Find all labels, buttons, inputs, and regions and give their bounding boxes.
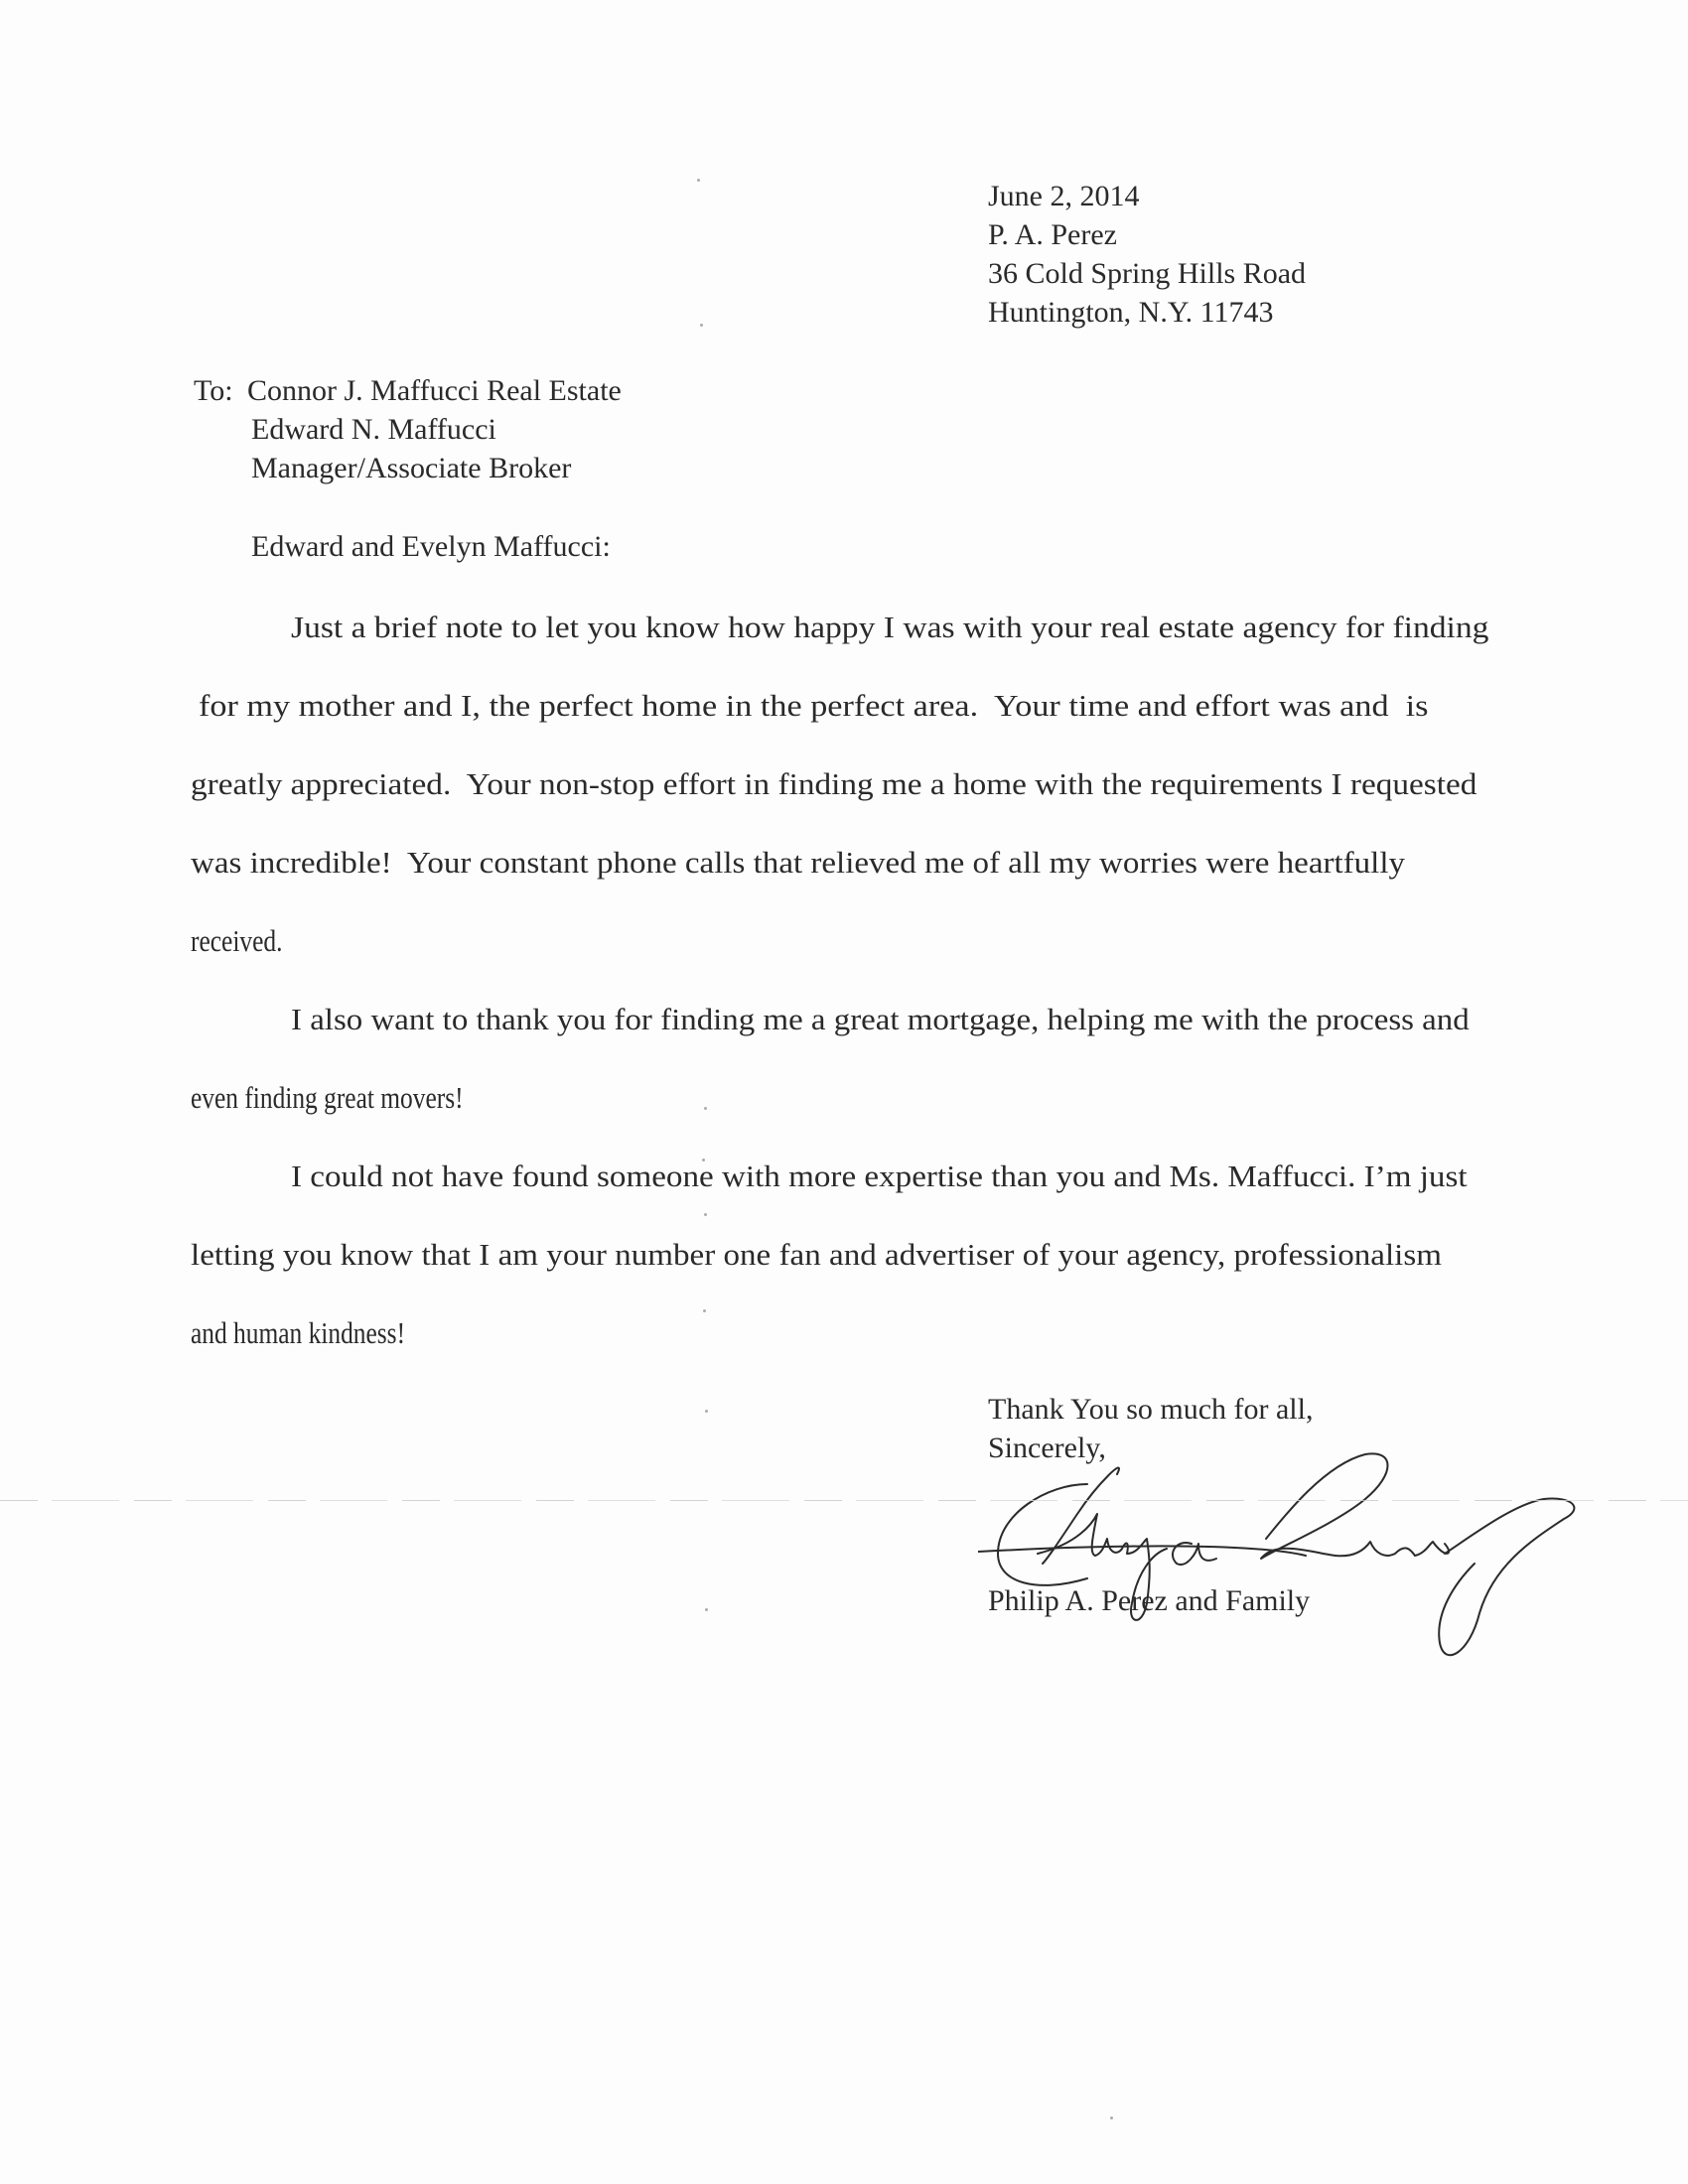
sender-city-state-zip: Huntington, N.Y. 11743 <box>988 298 1274 328</box>
signer-name: Philip A. Perez and Family <box>988 1586 1310 1616</box>
scan-fold-line <box>0 1500 1688 1501</box>
recipient-name: Edward N. Maffucci <box>251 415 496 445</box>
recipient-to-label: To: <box>194 376 233 406</box>
scan-speck <box>1110 2116 1113 2119</box>
body-line: I also want to thank you for finding me … <box>291 1004 1470 1034</box>
scan-speck <box>704 1213 707 1216</box>
salutation: Edward and Evelyn Maffucci: <box>251 532 611 562</box>
body-line: was incredible! Your constant phone call… <box>191 847 1405 878</box>
body-line: even finding great movers! <box>191 1082 464 1113</box>
scan-speck <box>705 1608 708 1611</box>
closing-line: Thank You so much for all, <box>988 1395 1313 1425</box>
body-line: greatly appreciated. Your non-stop effor… <box>191 768 1477 799</box>
sender-name: P. A. Perez <box>988 220 1117 250</box>
body-line: received. <box>191 925 282 956</box>
body-line: I could not have found someone with more… <box>291 1160 1468 1191</box>
scan-speck <box>705 1410 708 1413</box>
scan-speck <box>700 324 703 327</box>
scan-speck <box>704 1107 707 1110</box>
letter-page: June 2, 2014 P. A. Perez 36 Cold Spring … <box>0 0 1688 2184</box>
body-line: for my mother and I, the perfect home in… <box>199 690 1428 721</box>
body-line: Just a brief note to let you know how ha… <box>291 612 1488 642</box>
scan-speck <box>703 1309 706 1312</box>
handwritten-signature-icon <box>978 1444 1594 1683</box>
body-line: and human kindness! <box>191 1317 405 1348</box>
scan-speck <box>702 1159 705 1161</box>
scan-speck <box>697 179 700 182</box>
recipient-company: Connor J. Maffucci Real Estate <box>247 376 622 406</box>
recipient-title: Manager/Associate Broker <box>251 454 571 483</box>
letter-date: June 2, 2014 <box>988 182 1140 211</box>
sender-street: 36 Cold Spring Hills Road <box>988 259 1306 289</box>
body-line: letting you know that I am your number o… <box>191 1239 1442 1270</box>
